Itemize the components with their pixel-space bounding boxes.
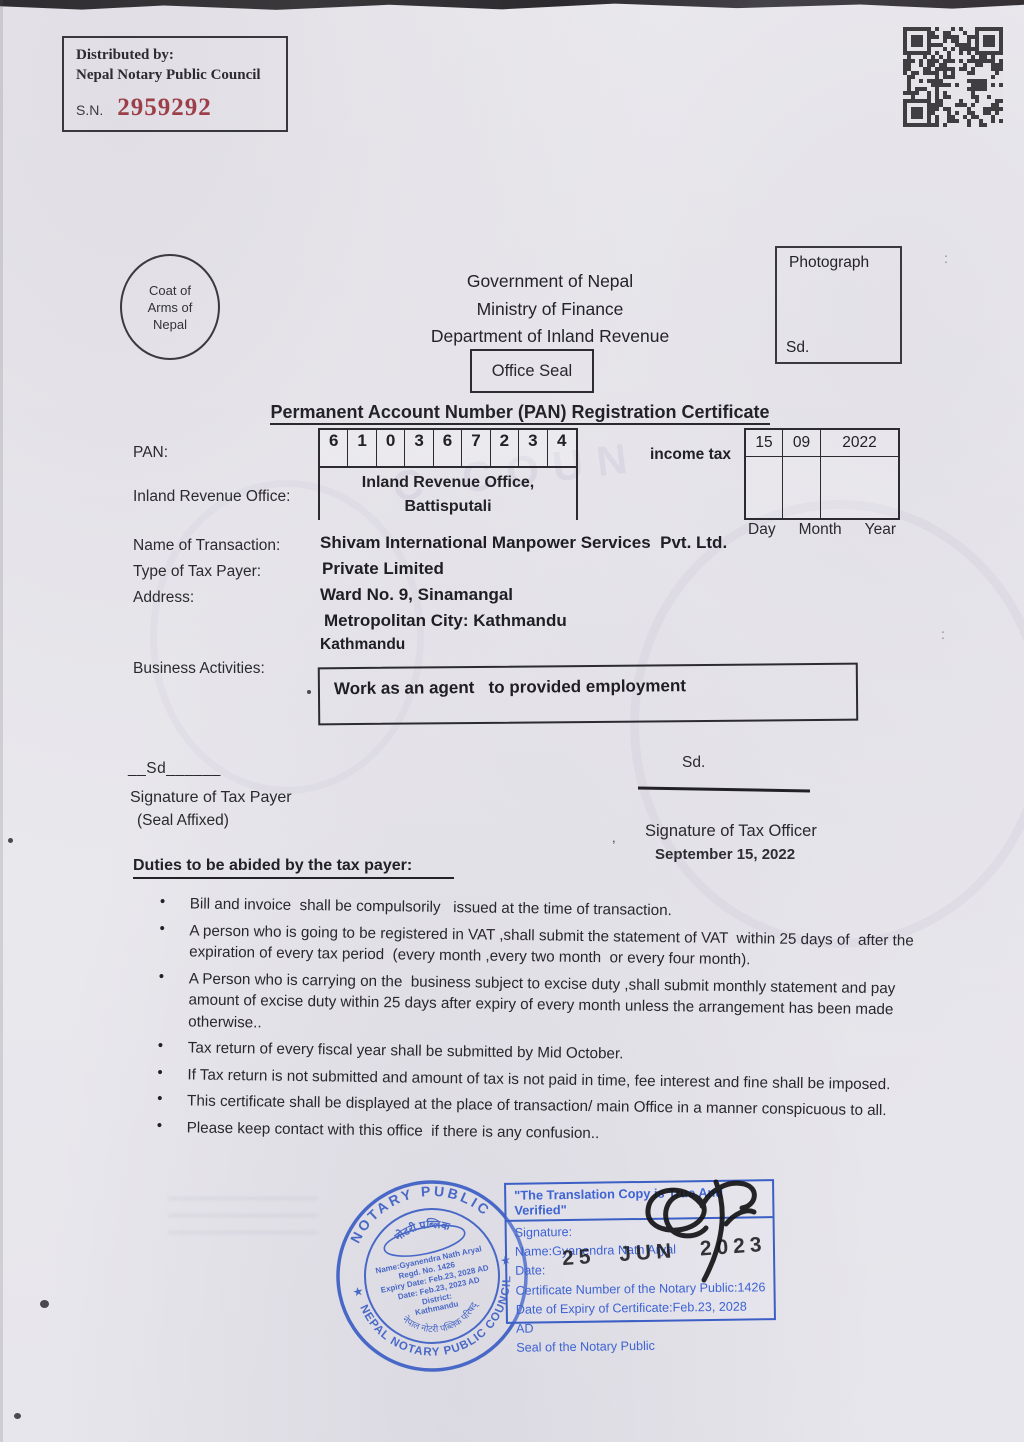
taxpayer-sd: __Sd______ bbox=[128, 760, 221, 778]
caption-word: Month bbox=[799, 521, 842, 539]
taxpayer-type-value: Private Limited bbox=[322, 559, 444, 579]
duty-text: Bill and invoice shall be compulsorily i… bbox=[190, 893, 672, 921]
date-empty-cell bbox=[746, 457, 783, 518]
date-month-cell: 09 bbox=[783, 430, 821, 457]
date-day-cell: 15 bbox=[746, 430, 783, 457]
certificate-title: Permanent Account Number (PAN) Registrat… bbox=[120, 402, 920, 423]
iro-value-line1: Inland Revenue Office, bbox=[320, 471, 576, 495]
tax-type-label: income tax bbox=[650, 446, 731, 464]
stamp-seal-label: Seal of the Notary Public bbox=[516, 1335, 766, 1358]
pan-digit-cell: 3 bbox=[519, 430, 547, 466]
caption-word: Year bbox=[865, 521, 896, 539]
duty-item: • A Person who is carrying on the busine… bbox=[158, 967, 921, 1042]
coat-line-2: Arms of bbox=[122, 299, 218, 316]
officer-sd: Sd. bbox=[682, 754, 705, 772]
transaction-value: Shivam International Manpower Services P… bbox=[320, 533, 727, 553]
stamp-expiry: Date of Expiry of Certificate:Feb.23, 20… bbox=[516, 1297, 767, 1339]
officer-signature-label: Signature of Tax Officer bbox=[645, 822, 817, 841]
header-department: Department of Inland Revenue bbox=[320, 323, 780, 351]
transaction-label: Name of Transaction: bbox=[133, 537, 280, 555]
header-ministry: Ministry of Finance bbox=[320, 296, 780, 324]
photograph-sd: Sd. bbox=[786, 339, 809, 357]
iro-value-box: Inland Revenue Office, Battisputali bbox=[318, 468, 578, 520]
pan-digit-cell: 4 bbox=[548, 430, 576, 466]
stray-dot bbox=[307, 690, 311, 694]
duty-text: Please keep contact with this office if … bbox=[187, 1117, 600, 1144]
address-line-3: Kathmandu bbox=[320, 636, 405, 654]
scan-speck bbox=[14, 1413, 21, 1419]
pan-digit-cell: 6 bbox=[434, 430, 462, 466]
bullet-icon: • bbox=[157, 1116, 187, 1138]
qr-code bbox=[903, 27, 1003, 131]
scan-speck bbox=[8, 838, 13, 843]
coat-line-1: Coat of bbox=[122, 282, 218, 299]
bullet-icon: • bbox=[159, 919, 190, 962]
taxpayer-signature-label: Signature of Tax Payer bbox=[130, 789, 292, 807]
government-header: Government of Nepal Ministry of Finance … bbox=[320, 268, 780, 351]
pan-digit-cell: 0 bbox=[377, 430, 405, 466]
day-month-year-caption: DayMonthYear bbox=[748, 521, 896, 539]
stray-mark: : bbox=[941, 626, 945, 642]
stray-mark: : bbox=[944, 250, 948, 266]
pan-digit-cell: 2 bbox=[491, 430, 519, 466]
pan-label: PAN: bbox=[133, 444, 168, 462]
scan-speck bbox=[40, 1300, 49, 1308]
bleed-smudge bbox=[168, 1188, 318, 1248]
watermark-bleed-ring bbox=[630, 500, 1024, 948]
bullet-icon: • bbox=[158, 967, 189, 1032]
pan-digit-cell: 6 bbox=[320, 430, 348, 466]
bullet-icon: • bbox=[160, 893, 190, 915]
address-line-2: Metropolitan City: Kathmandu bbox=[324, 611, 567, 631]
iro-value-line2: Battisputali bbox=[320, 495, 576, 519]
handwritten-signature bbox=[606, 1172, 776, 1302]
business-activities-label: Business Activities: bbox=[133, 660, 265, 678]
seal-affixed-label: (Seal Affixed) bbox=[137, 812, 229, 830]
office-seal-box: Office Seal bbox=[470, 349, 594, 393]
header-government: Government of Nepal bbox=[320, 268, 780, 296]
duty-text: A person who is going to be registered i… bbox=[189, 920, 922, 973]
date-year-cell: 2022 bbox=[821, 430, 898, 457]
bullet-icon: • bbox=[157, 1090, 187, 1112]
distributed-by-label: Distributed by: bbox=[76, 45, 274, 65]
duty-text: A Person who is carrying on the business… bbox=[188, 968, 921, 1043]
registration-date-table: 15 09 2022 bbox=[744, 428, 900, 520]
pan-digit-cell: 7 bbox=[462, 430, 490, 466]
distributed-by-box: Distributed by: Nepal Notary Public Coun… bbox=[62, 36, 288, 132]
pan-digit-grid: 610367234 bbox=[318, 428, 578, 468]
address-label: Address: bbox=[133, 589, 194, 607]
duties-heading: Duties to be abided by the tax payer: bbox=[133, 857, 454, 879]
date-empty-cell bbox=[783, 457, 821, 518]
duty-text: This certificate shall be displayed at t… bbox=[187, 1090, 887, 1121]
caption-word: Day bbox=[748, 521, 776, 539]
scan-top-edge bbox=[0, 0, 1024, 12]
duty-item: • A person who is going to be registered… bbox=[159, 919, 922, 973]
iro-label: Inland Revenue Office: bbox=[133, 488, 290, 506]
scanned-certificate-page: C COUN Distributed by: Nepal Notary Publ… bbox=[0, 0, 1024, 1442]
office-seal-label: Office Seal bbox=[492, 362, 572, 381]
duty-text: Tax return of every fiscal year shall be… bbox=[188, 1037, 624, 1065]
pan-digit-cell: 1 bbox=[348, 430, 376, 466]
stamp-arc-top: NOTARY PUBLIC bbox=[339, 1169, 497, 1248]
business-activities-value: Work as an agent to provided employment bbox=[334, 676, 686, 699]
serial-number-value: 2959292 bbox=[117, 94, 212, 122]
duties-list: • Bill and invoice shall be compulsorily… bbox=[157, 893, 922, 1154]
business-activities-box: Work as an agent to provided employment bbox=[318, 663, 858, 726]
serial-number-label: S.N. bbox=[76, 102, 103, 118]
photograph-label: Photograph bbox=[789, 254, 869, 272]
taxpayer-type-label: Type of Tax Payer: bbox=[133, 563, 261, 581]
duty-text: If Tax return is not submitted and amoun… bbox=[187, 1064, 890, 1095]
date-empty-cell bbox=[821, 457, 898, 518]
coat-line-3: Nepal bbox=[122, 316, 218, 333]
star-icon: ★ bbox=[351, 1284, 364, 1300]
scan-left-edge bbox=[0, 0, 3, 1442]
bullet-icon: • bbox=[157, 1063, 187, 1085]
stray-dot: , bbox=[612, 830, 616, 845]
coat-of-arms-circle: Coat of Arms of Nepal bbox=[120, 254, 220, 360]
pan-digit-cell: 3 bbox=[405, 430, 433, 466]
duty-item: • Please keep contact with this office i… bbox=[157, 1116, 919, 1148]
bullet-icon: • bbox=[158, 1037, 188, 1059]
svg-text:NOTARY PUBLIC: NOTARY PUBLIC bbox=[339, 1169, 497, 1248]
address-line-1: Ward No. 9, Sinamangal bbox=[320, 585, 513, 605]
issuing-org: Nepal Notary Public Council bbox=[76, 65, 274, 85]
photograph-box: Photograph Sd. bbox=[775, 246, 902, 364]
officer-signature-date: September 15, 2022 bbox=[655, 846, 795, 863]
